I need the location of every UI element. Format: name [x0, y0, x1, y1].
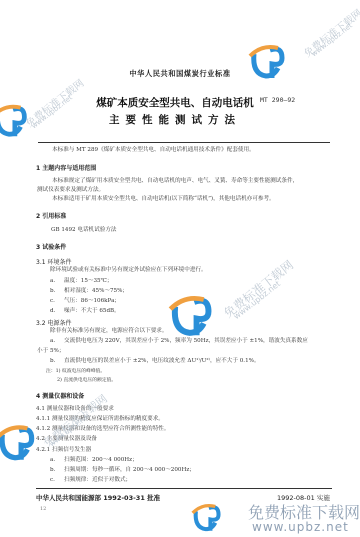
- sweep-item-c-label: c.: [50, 477, 55, 484]
- section-2-heading: 2 引用标准: [36, 211, 66, 220]
- watermark-logo-icon: [248, 40, 290, 82]
- industry-standard-label: 中华人民共和国煤炭行业标准: [0, 69, 360, 79]
- env-item-d: 噪声：不大于 65dB。: [64, 308, 120, 315]
- power-item-a-line2: 小于 5%；: [37, 348, 64, 355]
- env-item-a-label: a.: [50, 278, 55, 285]
- watermark-logo-icon: [0, 420, 40, 464]
- watermark-logo-icon: [190, 500, 226, 534]
- reference-standard: GB 1492 电话机试验方法: [51, 227, 117, 234]
- note-1: 注：1) 纹波电压的峰峰值。: [46, 368, 105, 375]
- sweep-item-c: 扫频规律：近似于对数式；: [64, 477, 131, 484]
- section-3-heading: 3 试验条件: [36, 242, 66, 251]
- power-item-a-label: a.: [50, 338, 55, 345]
- document-page: 中华人民共和国煤炭行业标准 煤矿本质安全型共电、自动电话机 主要性能测试方法 M…: [0, 0, 360, 537]
- intro-text: 本标准与 MT 289《煤矿本质安全型共电、自动电话机通用技术条件》配套使用。: [52, 147, 255, 154]
- section-3-1-intro: 除环境试验或有关标准中另有规定外试验应在下列环境中进行。: [50, 267, 207, 274]
- env-item-d-label: d.: [50, 308, 55, 315]
- footer-rule: [36, 488, 332, 489]
- note-2: 2) 直流供电电压的额定值。: [57, 377, 116, 384]
- section-1-para1-line2: 测试仪表要求及测试方法。: [37, 187, 104, 194]
- sweep-item-b: 扫频周期：每秒一循环，自 200～4 000～200Hz；: [64, 467, 195, 474]
- section-4-2-1: 4.2.1 扫频信号发生器: [36, 447, 91, 454]
- sweep-item-b-label: b.: [50, 467, 55, 474]
- power-item-b: 直流供电电压的误差应小于 ±2%，电压纹波允差 ΔU¹⁾/U²⁾，应不大于 0.…: [64, 358, 260, 365]
- env-item-c: 气压：86～106kPa；: [64, 298, 120, 305]
- env-item-c-label: c.: [50, 298, 55, 305]
- approval-text: 中华人民共和国能源部 1992-03-31 批准: [36, 493, 160, 502]
- section-4-heading: 4 测量仪器和设备: [36, 391, 84, 400]
- sweep-item-a: 扫频范围：200～4 000Hz；: [64, 457, 138, 464]
- page-number: 12: [40, 506, 46, 512]
- env-item-b-label: b.: [50, 288, 55, 295]
- header-rule: [38, 142, 330, 143]
- section-3-2-heading: 3.2 电源条件: [36, 318, 71, 327]
- sweep-item-a-label: a.: [50, 457, 55, 464]
- section-1-para1-line1: 本标准规定了煤矿用本质安全型共电、自动电话机的电声、电气、叉簧、寿命等主要性能测…: [52, 178, 298, 185]
- section-1-para2: 本标准适用于矿用本质安全型共电、自动电话机(以下简称“话机”)，其他电话机亦可参…: [52, 196, 275, 203]
- section-3-2-intro: 除非有关标准另有规定，电源应符合以下要求。: [50, 328, 167, 335]
- env-item-b: 相对湿度：45%～75%；: [64, 288, 128, 295]
- watermark-brand-url: www.upbz.net: [252, 520, 349, 534]
- env-item-a: 温度：15～35℃；: [64, 278, 112, 285]
- power-item-b-label: b.: [50, 358, 55, 365]
- watermark-text-cn: 免费标准下载网: [220, 256, 297, 321]
- standard-code: MT 290—92: [260, 96, 295, 104]
- section-1-heading: 1 主题内容与适用范围: [36, 163, 96, 172]
- section-4-1-1: 4.1.1 测量仪器的精度应保证所需指标的精度要求。: [36, 416, 164, 423]
- section-3-1-heading: 3.1 环境条件: [36, 257, 71, 266]
- watermark-logo-icon: [168, 290, 218, 340]
